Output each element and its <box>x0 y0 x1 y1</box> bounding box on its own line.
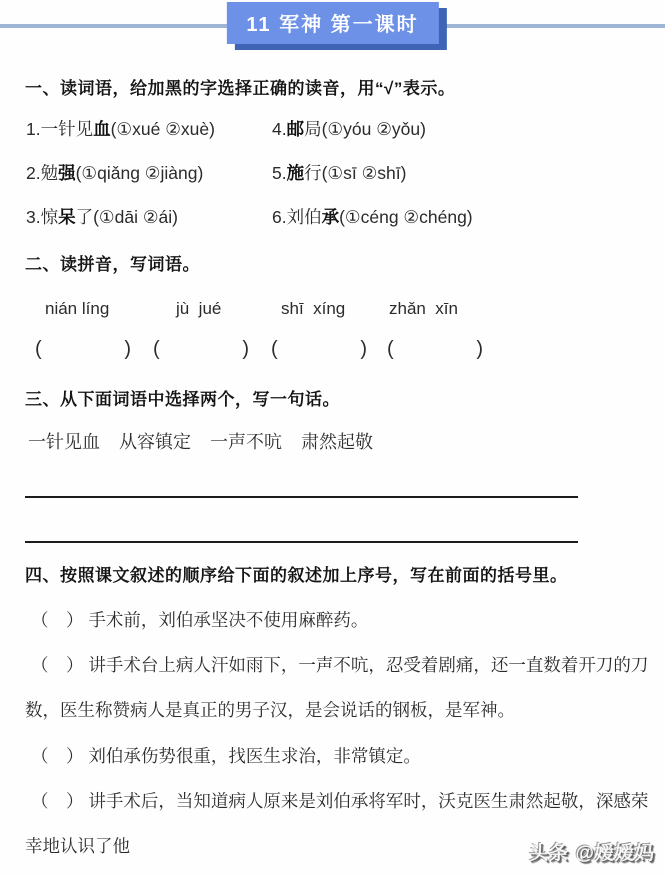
section4-heading: 四、按照课文叙述的顺序给下面的叙述加上序号，写在前面的括号里。 <box>25 561 568 586</box>
question-item: 6.刘伯承(①céng ②chéng) <box>272 204 473 229</box>
sequence-item: （ ） 手术前，刘伯承坚决不使用麻醉药。 <box>25 598 653 643</box>
close-paren: ) <box>476 338 483 361</box>
question-bold-char: 强 <box>58 163 76 183</box>
question-options: (①qiǎng ②jiàng) <box>76 163 204 183</box>
pinyin-word: zhǎn xīn <box>389 299 458 319</box>
question-text: 5. <box>272 163 287 183</box>
question-row: 1.一针见血(①xué ②xuè)4.邮局(①yóu ②yǒu) <box>26 116 426 141</box>
word-choice: 一声不吭 <box>210 432 282 452</box>
close-paren: ) <box>242 338 249 361</box>
question-row: 2.勉强(①qiǎng ②jiàng)5.施行(①sī ②shī) <box>26 160 406 185</box>
question-bold-char: 施 <box>287 163 305 183</box>
question-text: 2.勉 <box>26 163 58 183</box>
question-options: (①xué ②xuè) <box>111 119 215 139</box>
close-paren: ) <box>124 338 131 361</box>
question-item: 1.一针见血(①xué ②xuè) <box>26 116 272 141</box>
page-title: 11 军神 第一课时 <box>226 2 438 44</box>
pinyin-word: nián líng <box>45 299 109 319</box>
section1-heading: 一、读词语，给加黑的字选择正确的读音，用“√”表示。 <box>25 74 455 99</box>
question-item: 2.勉强(①qiǎng ②jiàng) <box>26 160 272 185</box>
question-bold-char: 血 <box>93 119 111 139</box>
answer-blank: () <box>387 338 483 361</box>
word-choice-list: 一针见血 从容镇定 一声不吭 肃然起敬 <box>28 428 387 454</box>
close-paren: ) <box>360 338 367 361</box>
question-text: 3.惊 <box>26 207 58 227</box>
watermark-text: 头条 @嫒嫒妈 <box>529 838 655 865</box>
question-text: 4. <box>272 119 287 139</box>
open-paren: ( <box>387 338 394 361</box>
question-options: (①céng ②chéng) <box>339 207 473 227</box>
question-options: 局(①yóu ②yǒu) <box>304 119 426 139</box>
open-paren: ( <box>153 338 160 361</box>
word-choice: 肃然起敬 <box>301 432 373 452</box>
sequence-item: （ ） 讲手术台上病人汗如雨下，一声不吭，忍受着剧痛，还一直数着开刀的刀数，医生… <box>25 643 653 733</box>
question-bold-char: 承 <box>322 207 340 227</box>
open-paren: ( <box>35 338 42 361</box>
word-choice: 从容镇定 <box>119 432 191 452</box>
pinyin-word: jù jué <box>176 299 221 319</box>
section3-heading: 三、从下面词语中选择两个，写一句话。 <box>25 385 340 410</box>
question-options: 了(①dāi ②ái) <box>76 207 178 227</box>
answer-blank: () <box>35 338 131 361</box>
sequence-item: （ ） 刘伯承伤势很重，找医生求治，非常镇定。 <box>25 734 653 779</box>
answer-blank: () <box>153 338 249 361</box>
answer-writing-line <box>25 541 578 543</box>
section2-heading: 二、读拼音，写词语。 <box>25 250 200 275</box>
question-item: 5.施行(①sī ②shī) <box>272 160 406 185</box>
question-text: 1.一针见 <box>26 119 93 139</box>
worksheet-page: 11 军神 第一课时 一、读词语，给加黑的字选择正确的读音，用“√”表示。 1.… <box>0 0 665 875</box>
question-text: 6.刘伯 <box>272 207 322 227</box>
pinyin-word: shī xíng <box>281 299 345 319</box>
answer-blank: () <box>271 338 367 361</box>
question-options: 行(①sī ②shī) <box>304 163 406 183</box>
question-item: 3.惊呆了(①dāi ②ái) <box>26 204 272 229</box>
answer-writing-line <box>25 496 578 498</box>
word-choice: 一针见血 <box>28 432 100 452</box>
open-paren: ( <box>271 338 278 361</box>
question-bold-char: 邮 <box>287 119 305 139</box>
question-row: 3.惊呆了(①dāi ②ái)6.刘伯承(①céng ②chéng) <box>26 204 473 229</box>
question-item: 4.邮局(①yóu ②yǒu) <box>272 116 426 141</box>
question-bold-char: 呆 <box>58 207 76 227</box>
